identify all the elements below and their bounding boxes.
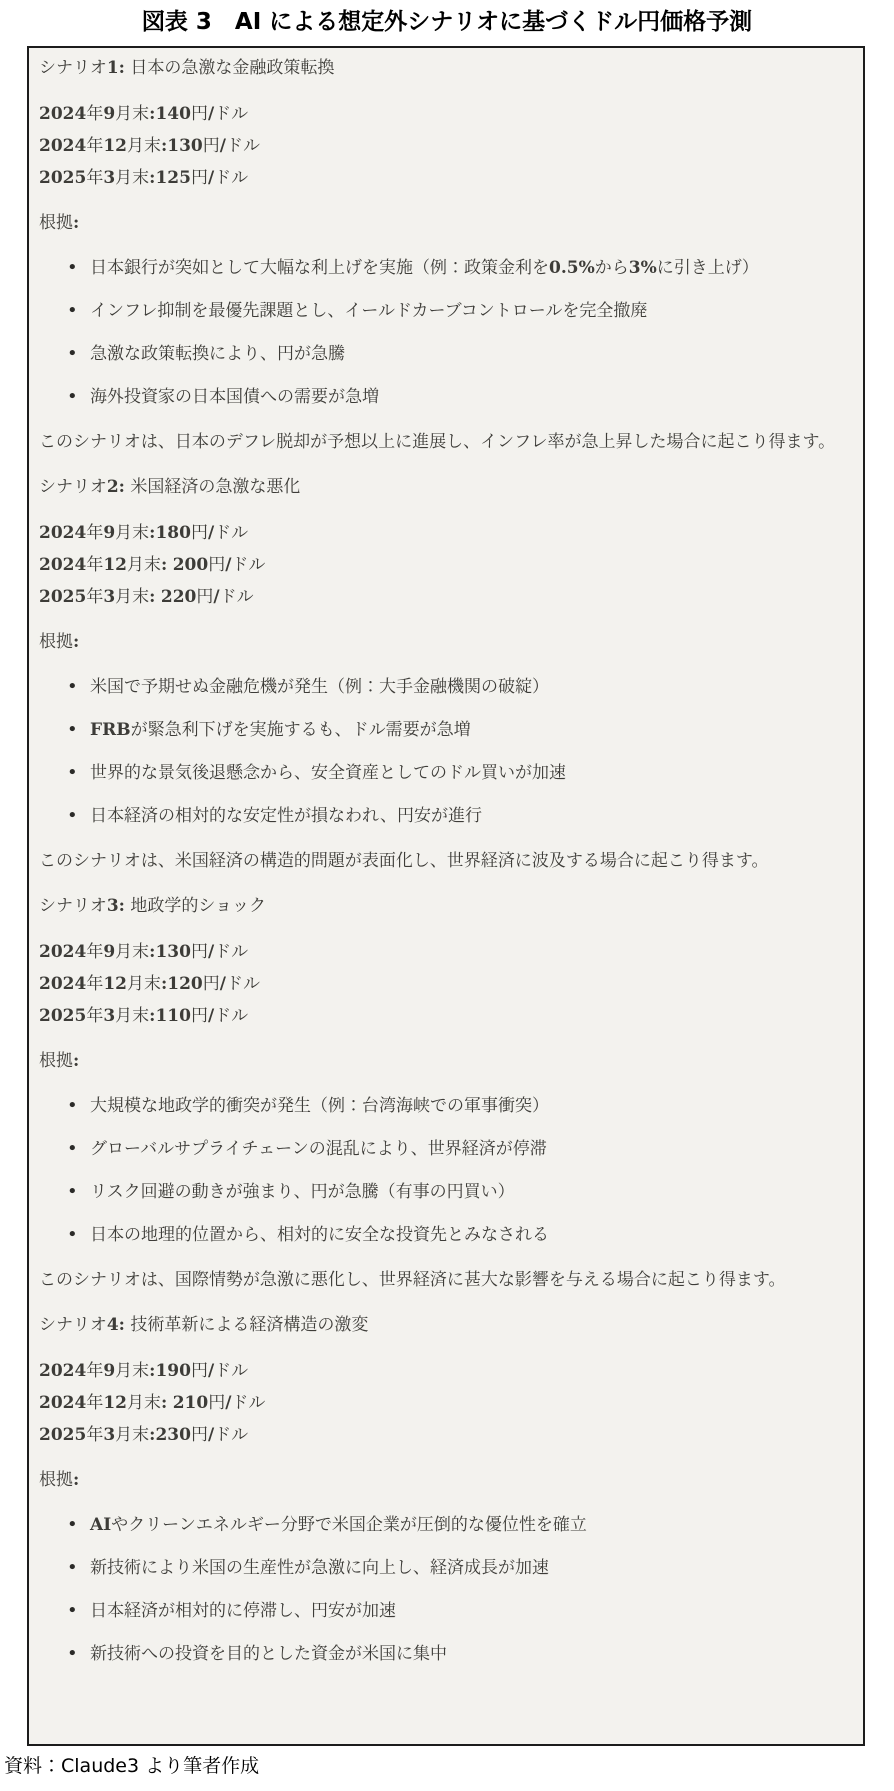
reason-text: 日本の地理的位置から、相対的に安全な投資先とみなされる: [90, 1225, 549, 1245]
scenario-title: シナリオ1: 日本の急激な金融政策転換: [39, 53, 853, 84]
reason-item: •新技術により米国の生産性が急激に向上し、経済成長が加速: [39, 1553, 853, 1584]
reason-text: 海外投資家の日本国債への需要が急増: [90, 387, 379, 407]
forecast-lines: 2024年9月末:130円/ドル2024年12月末:120円/ドル2025年3月…: [39, 936, 853, 1032]
forecast-lines: 2024年9月末:140円/ドル2024年12月末:130円/ドル2025年3月…: [39, 98, 853, 194]
reason-item: •急激な政策転換により、円が急騰: [39, 339, 853, 370]
reason-text: AIやクリーンエネルギー分野で米国企業が圧倒的な優位性を確立: [90, 1515, 587, 1535]
scenario-title: シナリオ3: 地政学的ショック: [39, 891, 853, 922]
bullet-icon: •: [67, 1090, 78, 1121]
reason-item: •新技術への投資を目的とした資金が米国に集中: [39, 1639, 853, 1670]
basis-label: 根拠:: [39, 1465, 853, 1496]
figure-title: 図表 3 AI による想定外シナリオに基づくドル円価格予測: [30, 7, 864, 37]
reason-item: •海外投資家の日本国債への需要が急増: [39, 382, 853, 413]
reason-item: •日本経済の相対的な安定性が損なわれ、円安が進行: [39, 801, 853, 832]
reason-item: •リスク回避の動きが強まり、円が急騰（有事の円買い）: [39, 1177, 853, 1208]
reason-text: 日本経済の相対的な安定性が損なわれ、円安が進行: [90, 806, 482, 826]
scenario-conclusion: このシナリオは、国際情勢が急激に悪化し、世界経済に甚大な影響を与える場合に起こり…: [39, 1265, 853, 1296]
reason-text: 日本経済が相対的に停滞し、円安が加速: [90, 1601, 396, 1621]
bullet-icon: •: [67, 714, 78, 745]
reason-list: •AIやクリーンエネルギー分野で米国企業が圧倒的な優位性を確立•新技術により米国…: [39, 1510, 853, 1670]
bullet-icon: •: [67, 295, 78, 326]
scenario-title: シナリオ4: 技術革新による経済構造の激変: [39, 1310, 853, 1341]
reason-text: グローバルサプライチェーンの混乱により、世界経済が停滞: [90, 1139, 547, 1159]
bullet-icon: •: [67, 1219, 78, 1250]
reason-text: 新技術により米国の生産性が急激に向上し、経済成長が加速: [90, 1558, 549, 1578]
scenario-section: シナリオ2: 米国経済の急激な悪化 2024年9月末:180円/ドル2024年1…: [39, 472, 853, 877]
basis-label: 根拠:: [39, 1046, 853, 1077]
scenario-section: シナリオ3: 地政学的ショック 2024年9月末:130円/ドル2024年12月…: [39, 891, 853, 1296]
reason-item: •日本経済が相対的に停滞し、円安が加速: [39, 1596, 853, 1627]
bullet-icon: •: [67, 1133, 78, 1164]
reason-item: •世界的な景気後退懸念から、安全資産としてのドル買いが加速: [39, 758, 853, 789]
scenario-section: シナリオ1: 日本の急激な金融政策転換 2024年9月末:140円/ドル2024…: [39, 53, 853, 458]
scenario-conclusion: このシナリオは、日本のデフレ脱却が予想以上に進展し、インフレ率が急上昇した場合に…: [39, 427, 853, 458]
reason-text: 新技術への投資を目的とした資金が米国に集中: [90, 1644, 447, 1664]
reason-text: 大規模な地政学的衝突が発生（例：台湾海峡での軍事衝突）: [90, 1096, 549, 1116]
reason-item: •米国で予期せぬ金融危機が発生（例：大手金融機関の破綻）: [39, 672, 853, 703]
bullet-icon: •: [67, 1552, 78, 1583]
bullet-icon: •: [67, 1638, 78, 1669]
bullet-icon: •: [67, 252, 78, 283]
forecast-lines: 2024年9月末:180円/ドル2024年12月末: 200円/ドル2025年3…: [39, 517, 853, 613]
reason-item: •AIやクリーンエネルギー分野で米国企業が圧倒的な優位性を確立: [39, 1510, 853, 1541]
scenario-conclusion: このシナリオは、米国経済の構造的問題が表面化し、世界経済に波及する場合に起こり得…: [39, 846, 853, 877]
reason-text: FRBが緊急利下げを実施するも、ドル需要が急増: [90, 720, 471, 740]
reason-item: •グローバルサプライチェーンの混乱により、世界経済が停滞: [39, 1134, 853, 1165]
scenario-title: シナリオ2: 米国経済の急激な悪化: [39, 472, 853, 503]
reason-item: •大規模な地政学的衝突が発生（例：台湾海峡での軍事衝突）: [39, 1091, 853, 1122]
bullet-icon: •: [67, 381, 78, 412]
bullet-icon: •: [67, 757, 78, 788]
basis-label: 根拠:: [39, 208, 853, 239]
reason-item: •インフレ抑制を最優先課題とし、イールドカーブコントロールを完全撤廃: [39, 296, 853, 327]
bullet-icon: •: [67, 800, 78, 831]
reason-text: インフレ抑制を最優先課題とし、イールドカーブコントロールを完全撤廃: [90, 301, 647, 321]
reason-text: 世界的な景気後退懸念から、安全資産としてのドル買いが加速: [90, 763, 566, 783]
bullet-icon: •: [67, 338, 78, 369]
document-page: 図表 3 AI による想定外シナリオに基づくドル円価格予測 シナリオ1: 日本の…: [0, 7, 894, 1780]
source-note: 資料：Claude3 より筆者作成: [4, 1752, 894, 1780]
reason-text: 米国で予期せぬ金融危機が発生（例：大手金融機関の破綻）: [90, 677, 549, 697]
reason-item: •日本の地理的位置から、相対的に安全な投資先とみなされる: [39, 1220, 853, 1251]
scenario-box: シナリオ1: 日本の急激な金融政策転換 2024年9月末:140円/ドル2024…: [27, 46, 865, 1746]
scenario-section: シナリオ4: 技術革新による経済構造の激変 2024年9月末:190円/ドル20…: [39, 1310, 853, 1670]
reason-text: 急激な政策転換により、円が急騰: [90, 344, 345, 364]
reason-item: •FRBが緊急利下げを実施するも、ドル需要が急増: [39, 715, 853, 746]
reason-list: •日本銀行が突如として大幅な利上げを実施（例：政策金利を0.5%から3%に引き上…: [39, 253, 853, 413]
bullet-icon: •: [67, 1595, 78, 1626]
bullet-icon: •: [67, 671, 78, 702]
reason-text: リスク回避の動きが強まり、円が急騰（有事の円買い）: [90, 1182, 515, 1202]
reason-list: •米国で予期せぬ金融危機が発生（例：大手金融機関の破綻）•FRBが緊急利下げを実…: [39, 672, 853, 832]
bullet-icon: •: [67, 1176, 78, 1207]
reason-list: •大規模な地政学的衝突が発生（例：台湾海峡での軍事衝突）•グローバルサプライチェ…: [39, 1091, 853, 1251]
forecast-lines: 2024年9月末:190円/ドル2024年12月末: 210円/ドル2025年3…: [39, 1355, 853, 1451]
reason-text: 日本銀行が突如として大幅な利上げを実施（例：政策金利を0.5%から3%に引き上げ…: [90, 258, 759, 278]
bullet-icon: •: [67, 1509, 78, 1540]
reason-item: •日本銀行が突如として大幅な利上げを実施（例：政策金利を0.5%から3%に引き上…: [39, 253, 853, 284]
basis-label: 根拠:: [39, 627, 853, 658]
